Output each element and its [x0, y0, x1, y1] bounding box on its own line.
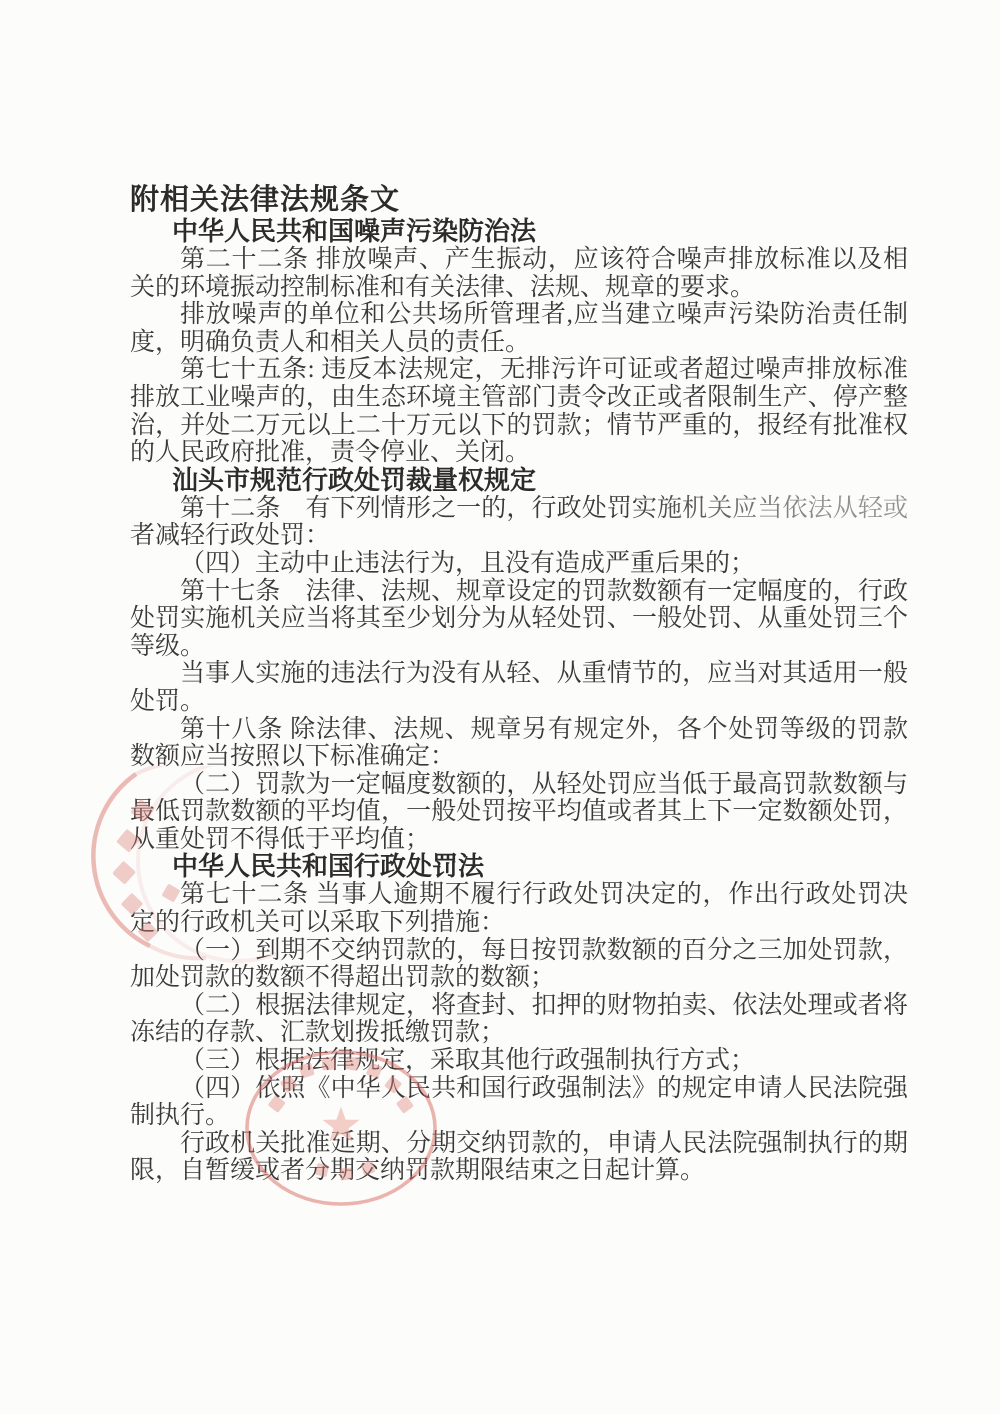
page-title: 附相关法律法规条文 — [130, 182, 908, 218]
document-body: 附相关法律法规条文 中华人民共和国噪声污染防治法 第二十二条 排放噪声、产生振动… — [130, 182, 908, 1185]
paragraph: （二）根据法律规定，将查封、扣押的财物拍卖、依法处理或者将冻结的存款、汇款划拨抵… — [130, 992, 908, 1047]
section-noise-pollution-law: 中华人民共和国噪声污染防治法 第二十二条 排放噪声、产生振动，应该符合噪声排放标… — [130, 218, 908, 467]
section-administrative-penalty-law: 中华人民共和国行政处罚法 第七十二条 当事人逾期不履行行政处罚决定的，作出行政处… — [130, 853, 908, 1185]
paragraph: （四）依照《中华人民共和国行政强制法》的规定申请人民法院强制执行。 — [130, 1075, 908, 1130]
paragraph: （一）到期不交纳罚款的，每日按罚款数额的百分之三加处罚款，加处罚款的数额不得超出… — [130, 937, 908, 992]
section-heading-administrative-penalty-law: 中华人民共和国行政处罚法 — [130, 853, 908, 881]
paragraph: 第十八条 除法律、法规、规章另有规定外，各个处罚等级的罚款数额应当按照以下标准确… — [130, 716, 908, 771]
paragraph: 第七十二条 当事人逾期不履行行政处罚决定的，作出行政处罚决定的行政机关可以采取下… — [130, 881, 908, 936]
paragraph: 第七十五条: 违反本法规定，无排污许可证或者超过噪声排放标准排放工业噪声的，由生… — [130, 356, 908, 466]
paragraph: 排放噪声的单位和公共场所管理者,应当建立噪声污染防治责任制度，明确负责人和相关人… — [130, 301, 908, 356]
paragraph: 行政机关批准延期、分期交纳罚款的，申请人民法院强制执行的期限，自暂缓或者分期交纳… — [130, 1130, 908, 1185]
paragraph: （二）罚款为一定幅度数额的，从轻处罚应当低于最高罚款数额与最低罚款数额的平均值，… — [130, 771, 908, 854]
paragraph: 当事人实施的违法行为没有从轻、从重情节的，应当对其适用一般处罚。 — [130, 660, 908, 715]
paragraph: 第十七条 法律、法规、规章设定的罚款数额有一定幅度的，行政处罚实施机关应当将其至… — [130, 578, 908, 661]
paragraph: 第二十二条 排放噪声、产生振动，应该符合噪声排放标准以及相关的环境振动控制标准和… — [130, 246, 908, 301]
paragraph: 第十二条 有下列情形之一的，行政处罚实施机关应当依法从轻或者减轻行政处罚： — [130, 495, 908, 550]
section-shantou-discretion-rules: 汕头市规范行政处罚裁量权规定 第十二条 有下列情形之一的，行政处罚实施机关应当依… — [130, 467, 908, 854]
paragraph: （四）主动中止违法行为，且没有造成严重后果的； — [130, 550, 908, 578]
section-heading-noise-pollution-law: 中华人民共和国噪声污染防治法 — [130, 218, 908, 246]
paragraph: （三）根据法律规定，采取其他行政强制执行方式； — [130, 1047, 908, 1075]
section-heading-shantou-discretion-rules: 汕头市规范行政处罚裁量权规定 — [130, 467, 908, 495]
document-page: 附相关法律法规条文 中华人民共和国噪声污染防治法 第二十二条 排放噪声、产生振动… — [0, 0, 1000, 1414]
